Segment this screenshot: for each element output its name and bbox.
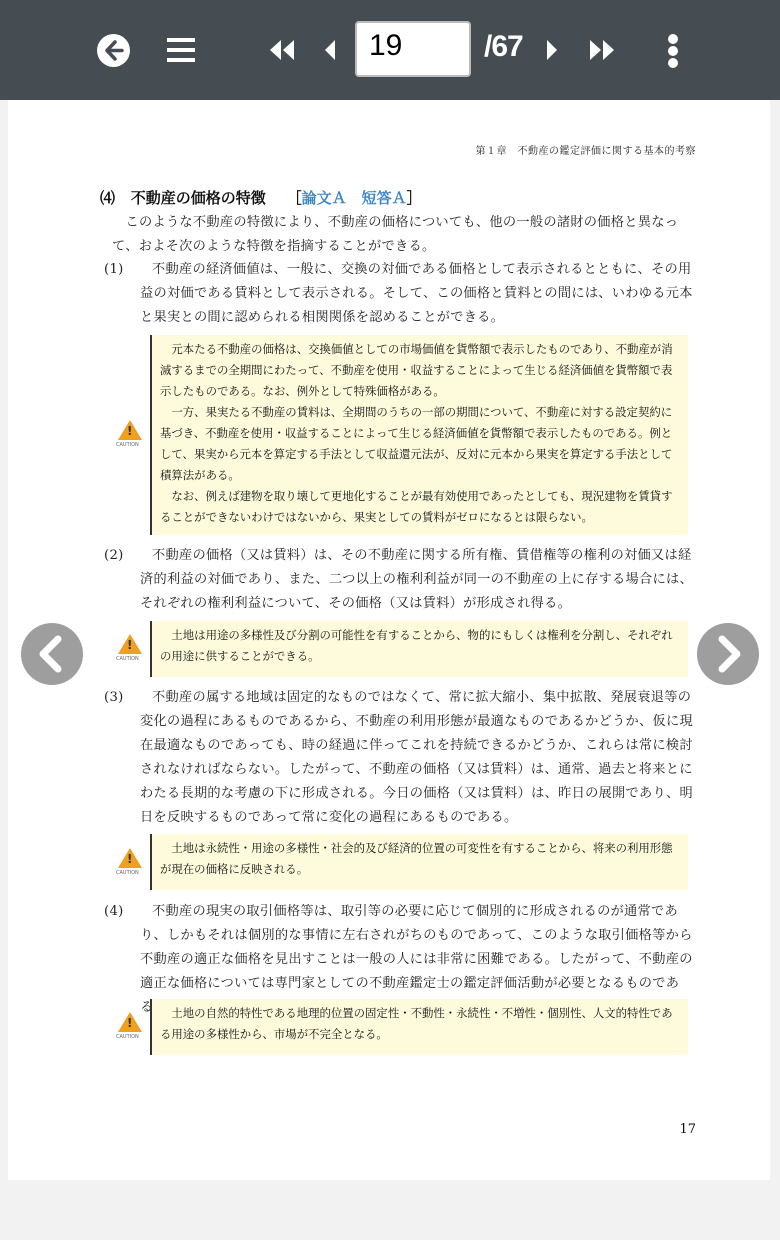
- vertical-dots-icon: [668, 34, 678, 44]
- back-button[interactable]: [97, 34, 130, 67]
- chevron-right-icon: [545, 38, 559, 62]
- page-total: /67: [484, 30, 523, 64]
- chevron-right-circle-icon: [697, 623, 759, 685]
- caution-note: 土地は用途の多様性及び分割の可能性を有することから、物的にもしくは権利を分割し、…: [150, 621, 688, 677]
- next-page-button[interactable]: [545, 38, 559, 62]
- page-number-input[interactable]: 19: [355, 21, 471, 77]
- more-options-button[interactable]: [664, 34, 684, 68]
- item-number: (1): [122, 258, 152, 282]
- note-paragraph: 土地は用途の多様性及び分割の可能性を有することから、物的にもしくは権利を分割し、…: [160, 625, 682, 667]
- note-paragraph: 土地の自然的特性である地理的位置の固定性・不動性・永続性・不増性・個別性、人文的…: [160, 1003, 682, 1045]
- hamburger-line: [167, 48, 195, 52]
- list-item: (1)不動産の経済価値は、一般に、交換の対価である価格として表示されるとともに、…: [122, 258, 702, 330]
- item-text: 不動産の経済価値は、一般に、交換の対価である価格として表示されるとともに、その用…: [140, 262, 693, 325]
- caution-note: 元本たる不動産の価格は、交換価値としての市場価値を貨幣額で表示したものであり、不…: [150, 335, 688, 535]
- prev-page-button[interactable]: [323, 38, 337, 62]
- caution-icon: !CAUTION: [114, 848, 144, 880]
- caution-note: 土地は永続性・用途の多様性・社会的及び経済的位置の可変性を有することから、将来の…: [150, 834, 688, 890]
- note-paragraph: なお、例えば建物を取り壊して更地化することが最有効使用であったとしても、現況建物…: [160, 486, 682, 528]
- dot: [668, 58, 678, 68]
- section-title: ⑷ 不動産の価格の特徴 ［論文Ａ 短答Ａ］: [100, 187, 422, 208]
- item-number: (3): [122, 686, 152, 710]
- top-toolbar: 19 /67: [0, 0, 780, 100]
- document-page: 第１章 不動産の鑑定評価に関する基本的考察 ⑷ 不動産の価格の特徴 ［論文Ａ 短…: [8, 100, 770, 1180]
- section-title-text: 不動産の価格の特徴: [131, 189, 266, 207]
- prev-page-arrow[interactable]: [21, 623, 83, 685]
- menu-button[interactable]: [167, 37, 197, 63]
- next-page-arrow[interactable]: [697, 623, 759, 685]
- intro-paragraph: このような不動産の特徴により、不動産の価格についても、他の一般の諸財の価格と異な…: [112, 211, 702, 259]
- exam-tags: 論文Ａ 短答Ａ: [302, 189, 407, 207]
- first-page-button[interactable]: [268, 38, 296, 62]
- caution-icon: !CAUTION: [114, 634, 144, 666]
- note-paragraph: 土地は永続性・用途の多様性・社会的及び経済的位置の可変性を有することから、将来の…: [160, 838, 682, 880]
- hamburger-line: [167, 58, 195, 62]
- section-number: ⑷: [100, 189, 115, 207]
- chevron-left-icon: [323, 38, 337, 62]
- last-page-button[interactable]: [588, 38, 616, 62]
- hamburger-menu-icon: [167, 38, 195, 42]
- caution-icon: !CAUTION: [114, 420, 144, 452]
- item-number: (4): [122, 900, 152, 924]
- list-item: (3)不動産の属する地域は固定的なものではなくて、常に拡大縮小、集中拡散、発展衰…: [122, 686, 702, 830]
- note-paragraph: 元本たる不動産の価格は、交換価値としての市場価値を貨幣額で表示したものであり、不…: [160, 339, 682, 402]
- arrow-left-circle-icon: [97, 34, 130, 67]
- chevron-left-circle-icon: [21, 623, 83, 685]
- page-number: 17: [679, 1122, 696, 1137]
- double-chevron-left-icon: [268, 38, 296, 62]
- caution-icon: !CAUTION: [114, 1012, 144, 1044]
- bracket-close: ］: [407, 189, 422, 207]
- item-text: 不動産の属する地域は固定的なものではなくて、常に拡大縮小、集中拡散、発展衰退等の…: [140, 690, 693, 825]
- item-number: (2): [122, 544, 152, 568]
- bracket-open: ［: [287, 189, 302, 207]
- list-item: (2)不動産の価格（又は賃料）は、その不動産に関する所有権、賃借権等の権利の対価…: [122, 544, 702, 616]
- dot: [668, 46, 678, 56]
- running-head: 第１章 不動産の鑑定評価に関する基本的考察: [476, 142, 697, 157]
- item-text: 不動産の価格（又は賃料）は、その不動産に関する所有権、賃借権等の権利の対価又は経…: [140, 548, 693, 611]
- caution-note: 土地の自然的特性である地理的位置の固定性・不動性・永続性・不増性・個別性、人文的…: [150, 999, 688, 1055]
- double-chevron-right-icon: [588, 38, 616, 62]
- note-paragraph: 一方、果実たる不動産の賃料は、全期間のうちの一部の期間について、不動産に対する設…: [160, 402, 682, 486]
